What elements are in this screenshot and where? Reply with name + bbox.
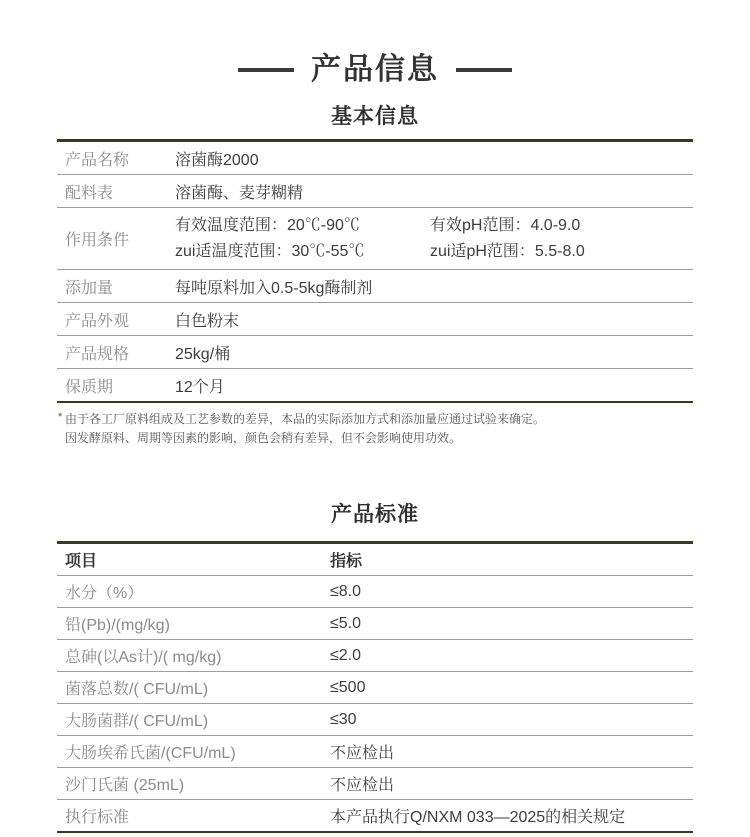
row-label: 保质期 [57,374,175,397]
row-label: 产品规格 [57,341,175,364]
condition-cell: 有效温度范围：20℃-90℃ [175,213,430,239]
basic-info-row: 产品规格25kg/桶 [57,336,693,369]
standard-indicator: 本产品执行Q/NXM 033—2025的相关规定 [330,804,693,827]
row-label: 作用条件 [57,227,175,250]
footnote-asterisk: * [58,408,62,427]
basic-info-row: 添加量每吨原料加入0.5-5kg酶制剂 [57,270,693,303]
basic-info-heading: 基本信息 [0,104,750,129]
footnote-line-2: 因发酵原料、周期等因素的影响，颜色会稍有差异，但不会影响使用功效。 [57,429,693,448]
standards-header-indicator: 指标 [330,548,693,571]
condition-line: 有效温度范围：20℃-90℃有效pH范围：4.0-9.0 [175,213,693,239]
standard-item: 铅(Pb)/(mg/kg) [57,612,330,635]
page-title: 产品信息 [0,0,750,89]
title-dash-right-icon [456,68,512,72]
standard-item: 沙门氏菌 (25mL) [57,772,330,795]
row-value: 白色粉末 [175,308,693,331]
row-label: 添加量 [57,275,175,298]
row-value: 25kg/桶 [175,341,693,364]
basic-info-row: 作用条件有效温度范围：20℃-90℃有效pH范围：4.0-9.0zui适温度范围… [57,208,693,270]
page-title-text: 产品信息 [311,51,439,89]
standards-row: 大肠埃希氏菌/(CFU/mL)不应检出 [57,736,693,768]
row-label: 配料表 [57,180,175,203]
footnote-text-1: 由于各工厂原料组成及工艺参数的差异，本品的实际添加方式和添加量应通过试验来确定。 [65,412,545,426]
standards-row: 执行标准本产品执行Q/NXM 033—2025的相关规定 [57,800,693,831]
standard-item: 执行标准 [57,804,330,827]
condition-cell: zui适pH范围：5.5-8.0 [430,239,585,265]
standard-indicator: ≤8.0 [330,583,693,601]
row-label: 产品名称 [57,147,175,170]
footnote-text-2: 因发酵原料、周期等因素的影响，颜色会稍有差异，但不会影响使用功效。 [65,431,461,445]
basic-info-row: 产品名称溶菌酶2000 [57,142,693,175]
basic-info-row: 产品外观白色粉末 [57,303,693,336]
product-info-page: 产品信息 基本信息 产品名称溶菌酶2000配料表溶菌酶、麦芽糊精作用条件有效温度… [0,0,750,837]
standard-item: 菌落总数/( CFU/mL) [57,676,330,699]
condition-cell: zui适温度范围：30℃-55℃ [175,239,430,265]
standard-indicator: ≤2.0 [330,647,693,665]
standards-header-row: 项目指标 [57,544,693,576]
row-label: 产品外观 [57,308,175,331]
row-value: 溶菌酶2000 [175,147,693,170]
basic-info-row: 保质期12个月 [57,369,693,401]
condition-line: zui适温度范围：30℃-55℃zui适pH范围：5.5-8.0 [175,239,693,265]
row-value: 12个月 [175,374,693,397]
standard-indicator: 不应检出 [330,772,693,795]
standards-row: 大肠菌群/( CFU/mL)≤30 [57,704,693,736]
standards-header-item: 项目 [57,548,330,571]
standard-indicator: 不应检出 [330,740,693,763]
standard-indicator: ≤5.0 [330,615,693,633]
standard-indicator: ≤500 [330,679,693,697]
standard-item: 水分（%） [57,580,330,603]
standards-row: 铅(Pb)/(mg/kg)≤5.0 [57,608,693,640]
standard-item: 大肠埃希氏菌/(CFU/mL) [57,740,330,763]
standards-row: 沙门氏菌 (25mL)不应检出 [57,768,693,800]
standard-indicator: ≤30 [330,711,693,729]
standard-item: 大肠菌群/( CFU/mL) [57,708,330,731]
basic-info-row: 配料表溶菌酶、麦芽糊精 [57,175,693,208]
row-value: 溶菌酶、麦芽糊精 [175,180,693,203]
standards-table: 项目指标水分（%）≤8.0铅(Pb)/(mg/kg)≤5.0总砷(以As计)/(… [57,541,693,833]
standards-row: 总砷(以As计)/( mg/kg)≤2.0 [57,640,693,672]
basic-info-table: 产品名称溶菌酶2000配料表溶菌酶、麦芽糊精作用条件有效温度范围：20℃-90℃… [57,139,693,403]
standards-row: 菌落总数/( CFU/mL)≤500 [57,672,693,704]
title-dash-left-icon [238,68,294,72]
standards-row: 水分（%）≤8.0 [57,576,693,608]
row-value: 每吨原料加入0.5-5kg酶制剂 [175,275,693,298]
row-value: 有效温度范围：20℃-90℃有效pH范围：4.0-9.0zui适温度范围：30℃… [175,213,693,265]
standards-heading: 产品标准 [0,502,750,527]
footnote-line-1: *由于各工厂原料组成及工艺参数的差异，本品的实际添加方式和添加量应通过试验来确定… [57,410,693,429]
standard-item: 总砷(以As计)/( mg/kg) [57,644,330,667]
footnotes: *由于各工厂原料组成及工艺参数的差异，本品的实际添加方式和添加量应通过试验来确定… [57,410,693,448]
condition-cell: 有效pH范围：4.0-9.0 [430,213,580,239]
